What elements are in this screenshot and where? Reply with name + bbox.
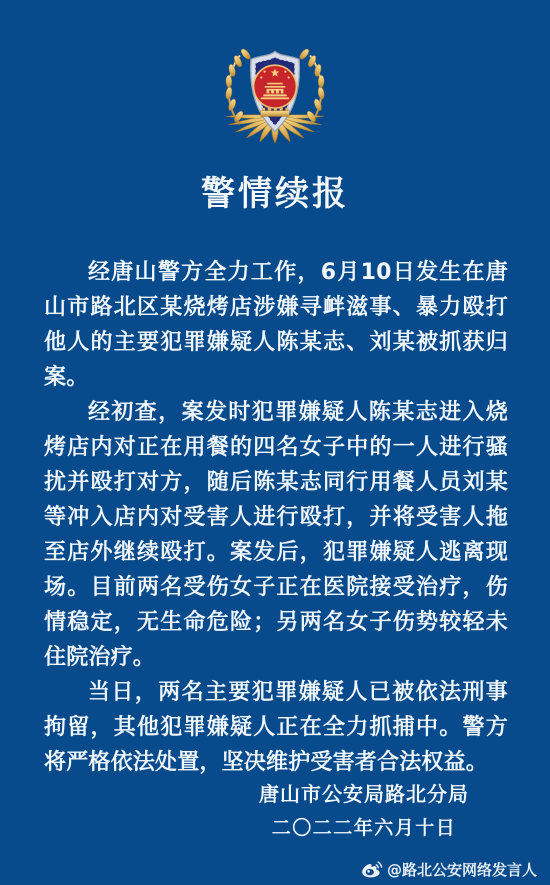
police-bulletin-image: 警情续报 经唐山警方全力工作，6月10日发生在唐山市路北区某烧烤店涉嫌寻衅滋事、… [0, 0, 550, 885]
police-badge-emblem [213, 45, 337, 149]
signature-block: 唐山市公安局路北分局 二〇二二年六月十日 [234, 777, 494, 845]
weibo-watermark: @路北公安网络发言人 [361, 859, 537, 880]
paragraph-2: 经初查，案发时犯罪嫌疑人陈某志进入烧烤店内对正在用餐的四名女子中的一人进行骚扰并… [44, 395, 508, 675]
weibo-icon [361, 860, 383, 879]
issuing-authority: 唐山市公安局路北分局 [234, 777, 494, 811]
bulletin-title: 警情续报 [0, 166, 550, 215]
paragraph-1: 经唐山警方全力工作，6月10日发生在唐山市路北区某烧烤店涉嫌寻衅滋事、暴力殴打他… [44, 255, 508, 395]
bulletin-body: 经唐山警方全力工作，6月10日发生在唐山市路北区某烧烤店涉嫌寻衅滋事、暴力殴打他… [44, 255, 508, 780]
weibo-handle: @路北公安网络发言人 [387, 859, 537, 880]
china-police-badge-icon [213, 45, 337, 149]
issue-date: 二〇二二年六月十日 [234, 811, 494, 845]
paragraph-3: 当日，两名主要犯罪嫌疑人已被依法刑事拘留，其他犯罪嫌疑人正在全力抓捕中。警方将严… [44, 675, 508, 780]
